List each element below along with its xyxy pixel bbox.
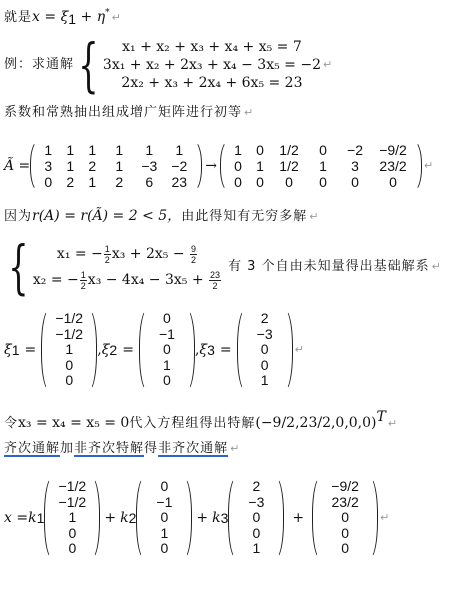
rank-expression: r(A) = r(Ã) = 2 < 5， <box>32 208 181 224</box>
intro-prefix: 就是 <box>4 10 32 25</box>
left-paren-icon <box>30 140 39 192</box>
equals: = <box>40 9 61 25</box>
step-text: 系数和常熟抽出组成增广矩阵进行初等↵ <box>4 104 254 122</box>
rank-conclusion: 由此得知有无穷多解 <box>181 209 307 224</box>
matrix-before: 111111 3121−3−2 0212623 <box>30 140 202 192</box>
paragraph-mark-icon: ↵ <box>323 56 332 74</box>
paragraph-mark-icon: ↵ <box>230 442 240 455</box>
free-vars-zero: x₃ = x₄ = x₅ = 0 <box>18 415 129 431</box>
particular-link: 非齐次特解 <box>74 441 144 456</box>
solution-eq-1: x₁ = −12x₃ + 2x₅ − 92 <box>33 241 222 267</box>
paragraph-mark-icon: ↵ <box>432 258 441 276</box>
left-brace-icon: { <box>78 36 98 94</box>
augmented-matrix-line: Ã = 111111 3121−3−2 0212623 → 101/20−2−9… <box>4 140 433 192</box>
step-description: 系数和常熟抽出组成增广矩阵进行初等 <box>4 105 242 120</box>
solution-equations: x₁ = −12x₃ + 2x₅ − 92 x₂ = −12x₃ − 4x₄ −… <box>33 241 222 293</box>
paragraph-mark-icon: ↵ <box>424 157 433 175</box>
xi3-label: ξ <box>199 341 207 359</box>
general-solution: x = k1 −1/2−1/2100 +k2 0−1010 +k3 2−3001… <box>4 476 389 560</box>
paragraph-mark-icon: ↵ <box>112 11 121 24</box>
xi1-label: ξ <box>4 341 12 359</box>
xi1-vector: −1/2−1/2100 <box>41 308 97 392</box>
rank-line: 因为r(A) = r(Ã) = 2 < 5，由此得知有无穷多解↵ <box>4 207 318 226</box>
v3-vector: 2−3001 <box>228 476 284 560</box>
xi-sub: 1 <box>68 11 76 27</box>
equation-3: 2x₂ + x₃ + 2x₄ + 6x₅ = 23 <box>103 74 321 92</box>
equation-list: x₁ + x₂ + x₃ + x₄ + x₅ = 7 3x₁ + x₂ + 2x… <box>103 38 321 92</box>
particular-line: 令x₃ = x₄ = x₅ = 0代入方程组得出特解(−9/2,23/2,0,0… <box>4 408 397 433</box>
solution-system: { x₁ = −12x₃ + 2x₅ − 92 x₂ = −12x₃ − 4x₄… <box>4 238 441 296</box>
intro-line: 就是x = ξ1 + η*↵ <box>4 4 121 28</box>
eta: η <box>97 9 105 25</box>
example-label: 例：求通解 <box>4 56 74 74</box>
equation-2: 3x₁ + x₂ + 2x₃ + x₄ − 3x₅ = −2 <box>103 56 321 74</box>
plus: + <box>76 9 97 25</box>
paragraph-mark-icon: ↵ <box>380 509 389 527</box>
paragraph-mark-icon: ↵ <box>309 210 318 223</box>
a-tilde-label: Ã = <box>4 157 30 175</box>
arrow-icon: → <box>205 157 217 175</box>
free-variable-note: 有 3 个自由未知量得出基础解系 <box>228 258 430 276</box>
paragraph-mark-icon: ↵ <box>244 106 254 119</box>
xi2-label: ξ <box>102 341 110 359</box>
xi3-vector: 2−3001 <box>237 308 293 392</box>
paragraph-mark-icon: ↵ <box>388 417 397 430</box>
left-paren-icon <box>220 140 229 192</box>
paragraph-mark-icon: ↵ <box>295 341 304 359</box>
matrix-after: 101/20−2−9/2 011/21323/2 000000 <box>220 140 422 192</box>
var-x: x <box>32 9 40 25</box>
v2-vector: 0−1010 <box>136 476 192 560</box>
rank-prefix: 因为 <box>4 209 32 224</box>
right-paren-icon <box>413 140 422 192</box>
equation-1: x₁ + x₂ + x₃ + x₄ + x₅ = 7 <box>103 38 321 56</box>
homogeneous-general-link: 齐次通解 <box>4 441 60 456</box>
right-paren-icon <box>193 140 202 192</box>
summary-line: 齐次通解加非齐次特解得非齐次通解↵ <box>4 440 240 458</box>
eta-sup: * <box>105 8 110 18</box>
nonhomogeneous-general-link: 非齐次通解 <box>158 441 228 456</box>
particular-solution: (−9/2,23/2,0,0,0) <box>255 415 376 431</box>
xi2-vector: 0−1010 <box>139 308 195 392</box>
basis-vectors: ξ1= −1/2−1/2100 ,ξ2= 0−1010 ,ξ3= 2−3001 … <box>4 308 304 392</box>
solution-eq-2: x₂ = −12x₃ − 4x₄ − 3x₅ + 232 <box>33 267 222 293</box>
example-system: 例：求通解 { x₁ + x₂ + x₃ + x₄ + x₅ = 7 3x₁ +… <box>4 36 332 94</box>
v1-vector: −1/2−1/2100 <box>44 476 100 560</box>
left-brace-icon: { <box>8 238 28 296</box>
x-equals: x = <box>4 509 28 527</box>
particular-vector: −9/223/2000 <box>312 476 378 560</box>
